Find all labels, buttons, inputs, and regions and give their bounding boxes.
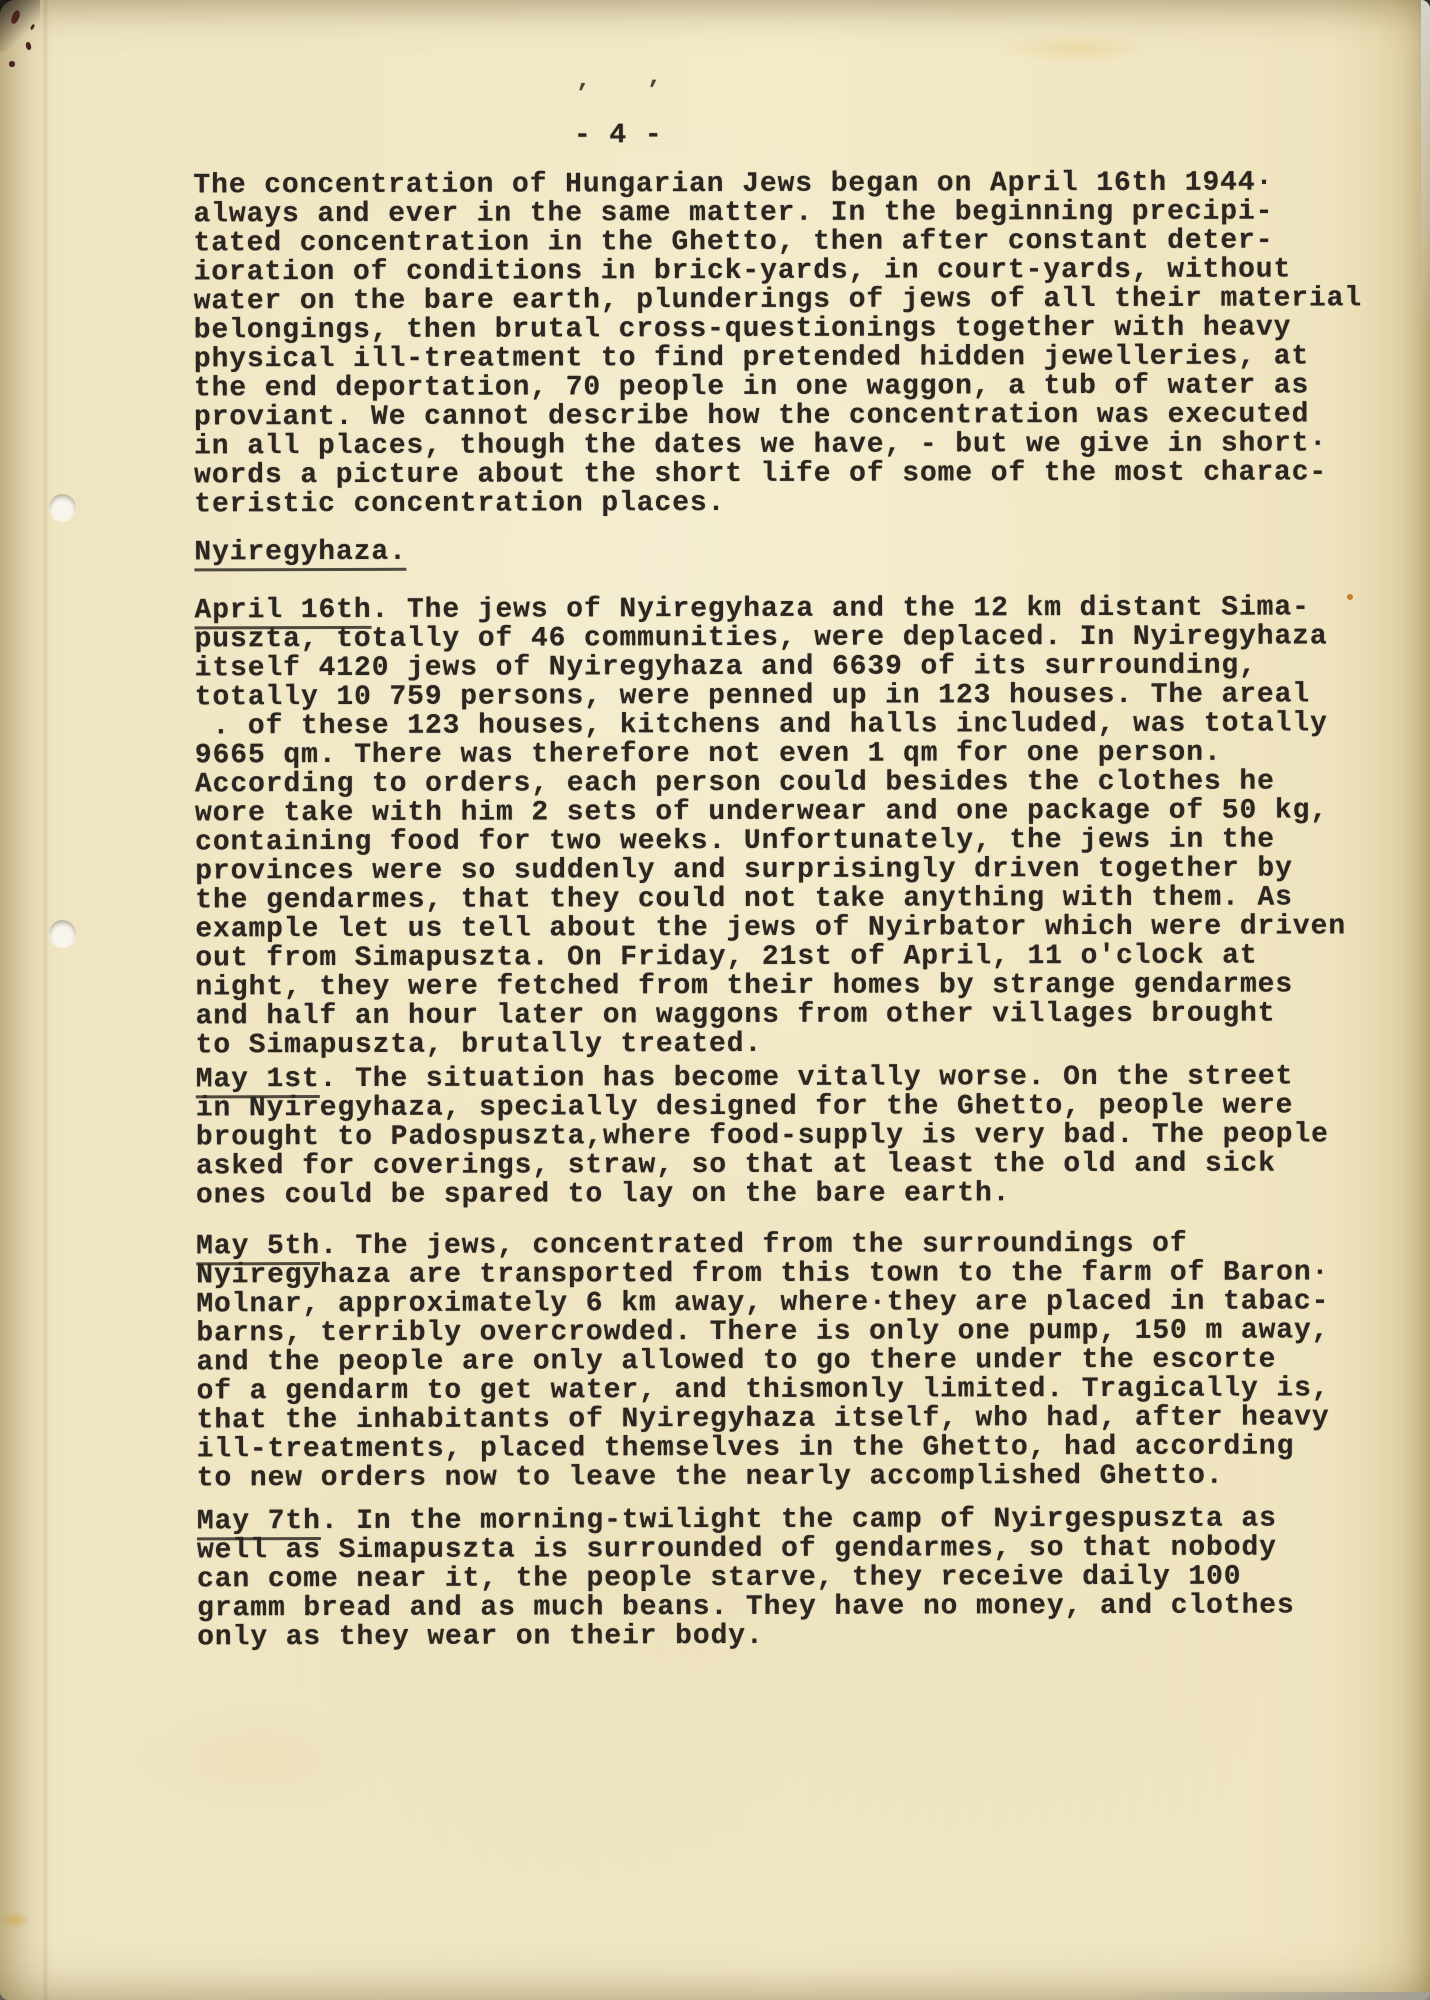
text-line: and the people are only allowed to go th… — [196, 1345, 1329, 1377]
text-line: belongings, then brutal cross-questionin… — [194, 313, 1362, 345]
text-line: and half an hour later on waggons from o… — [196, 999, 1347, 1031]
text-line: According to orders, each person could b… — [195, 767, 1346, 799]
intro-paragraph: The concentration of Hungarian Jews bega… — [193, 168, 1362, 519]
text-line: puszta, totally of 46 communities, were … — [195, 622, 1346, 654]
entry-block: May 1st. The situation has become vitall… — [196, 1062, 1329, 1210]
entry-block: May 7th. In the morning-twilight the cam… — [197, 1504, 1295, 1652]
entry-lines: puszta, totally of 46 communities, were … — [195, 622, 1347, 1060]
entry-first-line: May 5th. The jews, concentrated from the… — [196, 1229, 1329, 1261]
entry-first-line: April 16th. The jews of Nyiregyhaza and … — [194, 593, 1345, 625]
text-line: ones could be spared to lay on the bare … — [196, 1178, 1329, 1210]
text-line: gramm bread and as much beans. They have… — [197, 1591, 1295, 1623]
text-line: of a gendarm to get water, and thismonly… — [197, 1374, 1330, 1406]
page-number: - 4 - — [0, 120, 1238, 152]
text-line: brought to Padospuszta,where food-supply… — [196, 1120, 1329, 1152]
text-line: Molnar, approximately 6 km away, where·t… — [196, 1287, 1329, 1319]
text-line: to new orders now to leave the nearly ac… — [197, 1461, 1330, 1493]
text-line: The concentration of Hungarian Jews bega… — [193, 168, 1361, 200]
section-heading: Nyiregyhaza. — [194, 538, 407, 568]
text-line: only as they wear on their body. — [197, 1620, 1295, 1652]
entry-first-line-rest: . The jews, concentrated from the surrou… — [320, 1229, 1188, 1262]
text-line: tated concentration in the Ghetto, then … — [194, 226, 1362, 258]
text-line: physical ill-treatment to find pretended… — [194, 342, 1362, 374]
text-line: ill-treatments, placed themselves in the… — [197, 1432, 1330, 1464]
section-heading-text: Nyiregyhaza. — [194, 537, 407, 572]
text-line: containing food for two weeks. Unfortuna… — [195, 825, 1346, 857]
entry-first-line: May 7th. In the morning-twilight the cam… — [197, 1504, 1295, 1536]
text-line: to Simapuszta, brutally treated. — [196, 1028, 1347, 1060]
text-line: ioration of conditions in brick-yards, i… — [194, 255, 1362, 287]
text-line: night, they were fetched from their home… — [195, 970, 1346, 1002]
text-line: water on the bare earth, plunderings of … — [194, 284, 1362, 316]
text-line: barns, terribly overcrowded. There is on… — [196, 1316, 1329, 1348]
text-line: the gendarmes, that they could not take … — [195, 883, 1346, 915]
text-line: totally 10 759 persons, were penned up i… — [195, 680, 1346, 712]
text-line: provinces were so suddenly and surprisin… — [195, 854, 1346, 886]
entry-block: April 16th. The jews of Nyiregyhaza and … — [194, 593, 1346, 1060]
text-line: always and ever in the same matter. In t… — [193, 197, 1361, 229]
stray-tick-mark: ’ — [575, 80, 590, 109]
text-line: wore take with him 2 sets of underwear a… — [195, 796, 1346, 828]
text-line: in all places, though the dates we have,… — [194, 429, 1362, 461]
text-line: itself 4120 jews of Nyiregyhaza and 6639… — [195, 651, 1346, 683]
text-line: that the inhabitants of Nyiregyhaza itse… — [197, 1403, 1330, 1435]
text-line: well as Simapuszta is surrounded of gend… — [197, 1533, 1295, 1565]
entry-lines: in Nyiregyhaza, specially designed for t… — [196, 1091, 1329, 1210]
entry-lines: well as Simapuszta is surrounded of gend… — [197, 1533, 1295, 1652]
text-line: teristic concentration places. — [194, 487, 1362, 519]
entry-lines: Nyiregyhaza are transported from this to… — [196, 1258, 1330, 1493]
entry-first-line: May 1st. The situation has become vitall… — [196, 1062, 1329, 1094]
text-line: in Nyiregyhaza, specially designed for t… — [196, 1091, 1329, 1123]
typewritten-text-layer: ’ ’ - 4 - The concentration of Hungarian… — [0, 0, 1430, 2000]
text-line: proviant. We cannot describe how the con… — [194, 400, 1362, 432]
text-line: example let us tell about the jews of Ny… — [195, 912, 1346, 944]
text-line: . of these 123 houses, kitchens and hall… — [195, 709, 1346, 741]
scanned-document-page: { "page_number": "- 4 -", "stray_marks":… — [0, 0, 1430, 2000]
entry-block: May 5th. The jews, concentrated from the… — [196, 1229, 1330, 1493]
text-line: 9665 qm. There was therefore not even 1 … — [195, 738, 1346, 770]
text-line: asked for coverings, straw, so that at l… — [196, 1149, 1329, 1181]
paper-sheet: ’ ’ - 4 - The concentration of Hungarian… — [0, 0, 1430, 2000]
text-line: can come near it, the people starve, the… — [197, 1562, 1295, 1594]
text-line: Nyiregyhaza are transported from this to… — [196, 1258, 1329, 1290]
text-line: the end deportation, 70 people in one wa… — [194, 371, 1362, 403]
text-line: out from Simapuszta. On Friday, 21st of … — [195, 941, 1346, 973]
text-line: words a picture about the short life of … — [194, 458, 1362, 490]
stray-tick-mark: ’ — [646, 77, 661, 106]
